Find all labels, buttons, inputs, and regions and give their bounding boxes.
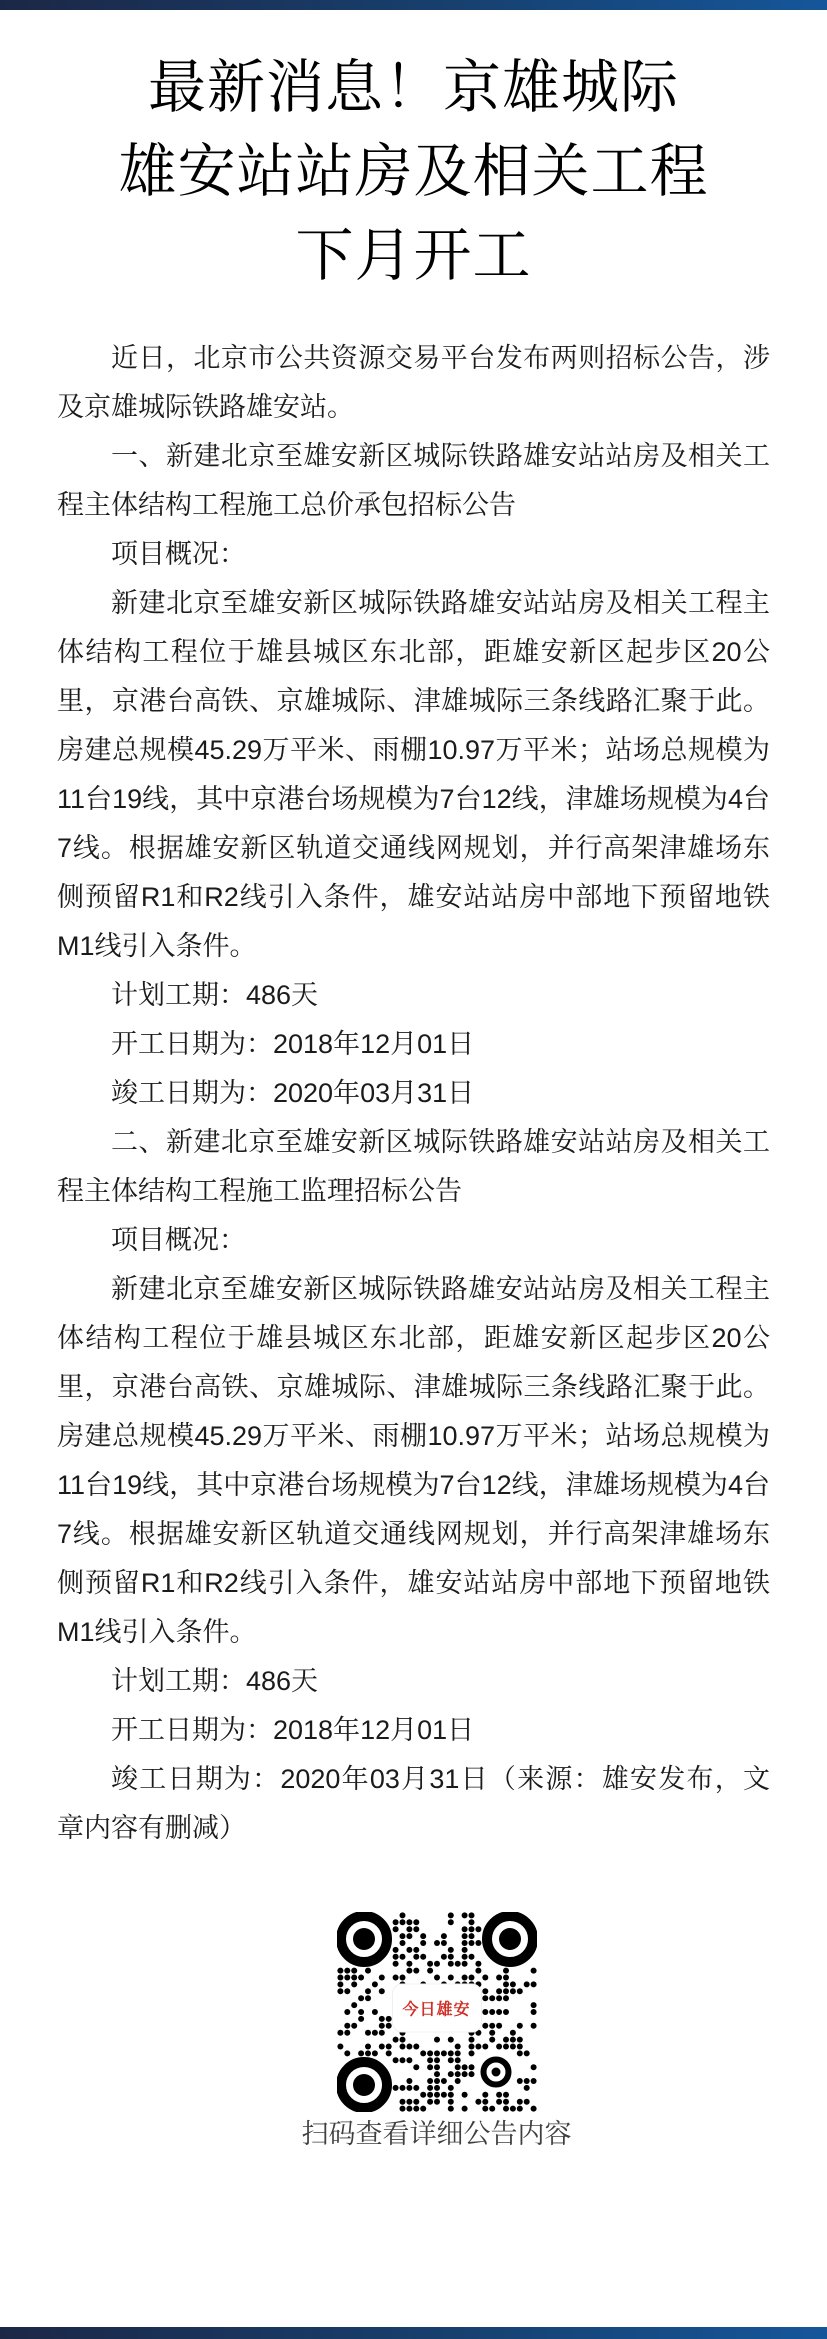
- article-paragraph: 计划工期：486天: [57, 971, 770, 1020]
- bottom-accent-bar: [0, 2327, 827, 2339]
- qr-caption: 扫码查看详细公告内容: [0, 2117, 827, 2151]
- article-title: 最新消息！京雄城际 雄安站站房及相关工程 下月开工: [40, 46, 787, 298]
- top-accent-bar: [0, 0, 827, 10]
- article-paragraph: 近日，北京市公共资源交易平台发布两则招标公告，涉及京雄城际铁路雄安站。: [57, 334, 770, 432]
- article-paragraph: 项目概况：: [57, 530, 770, 579]
- article-paragraph: 一、新建北京至雄安新区城际铁路雄安站站房及相关工程主体结构工程施工总价承包招标公…: [57, 432, 770, 530]
- article-paragraph: 竣工日期为：2020年03月31日: [57, 1069, 770, 1118]
- article-title-line: 最新消息！京雄城际: [40, 46, 787, 130]
- article-paragraph: 项目概况：: [57, 1216, 770, 1265]
- article-paragraph: 新建北京至雄安新区城际铁路雄安站站房及相关工程主体结构工程位于雄县城区东北部，距…: [57, 1265, 770, 1657]
- qr-section: 今日雄安: [0, 1912, 827, 2117]
- article-paragraph: 开工日期为：2018年12月01日: [57, 1020, 770, 1069]
- article-title-line: 雄安站站房及相关工程: [40, 130, 787, 214]
- qr-code: 今日雄安: [337, 1912, 537, 2112]
- article-paragraph: 新建北京至雄安新区城际铁路雄安站站房及相关工程主体结构工程位于雄县城区东北部，距…: [57, 579, 770, 971]
- qr-caption-text: 扫码查看详细公告内容: [302, 2117, 572, 2151]
- article-page: 最新消息！京雄城际 雄安站站房及相关工程 下月开工 近日，北京市公共资源交易平台…: [0, 0, 827, 2339]
- article-paragraph: 竣工日期为：2020年03月31日（来源：雄安发布，文章内容有删减）: [57, 1755, 770, 1853]
- article-paragraph: 开工日期为：2018年12月01日: [57, 1706, 770, 1755]
- article-paragraph: 计划工期：486天: [57, 1657, 770, 1706]
- article-title-line: 下月开工: [40, 214, 787, 298]
- qr-center-logo: 今日雄安: [391, 1984, 481, 2033]
- article-paragraph: 二、新建北京至雄安新区城际铁路雄安站站房及相关工程主体结构工程施工监理招标公告: [57, 1118, 770, 1216]
- article-body: 近日，北京市公共资源交易平台发布两则招标公告，涉及京雄城际铁路雄安站。 一、新建…: [57, 334, 770, 1853]
